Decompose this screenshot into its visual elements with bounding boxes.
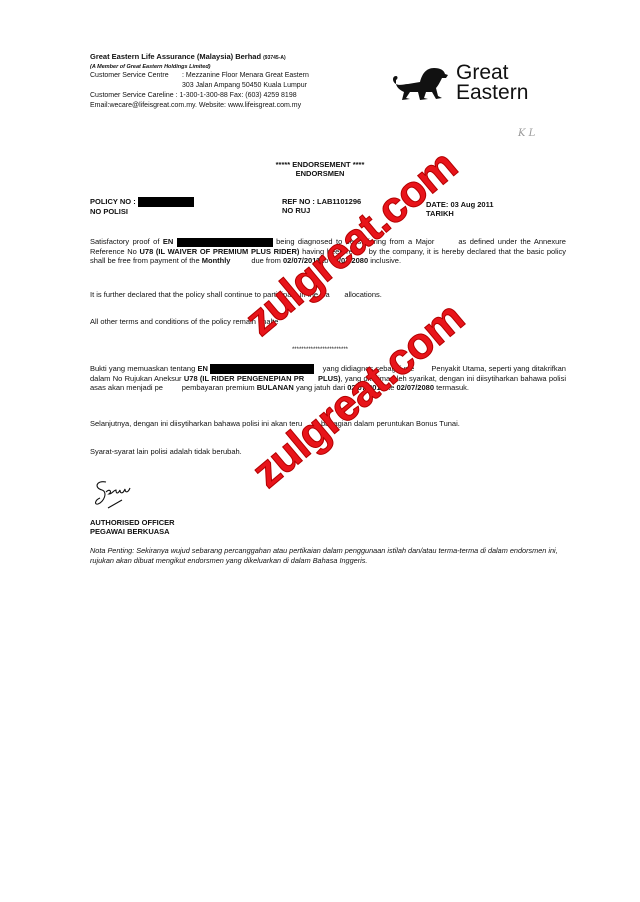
no-polisi-label: NO POLISI <box>90 207 194 216</box>
english-paragraph-1: Satisfactory proof of EN being diagnosed… <box>90 237 566 265</box>
document-title: ***** ENDORSEMENT **** ENDORSMEN <box>0 160 640 178</box>
ref-number-block: REF NO : LAB1101296 NO RUJ <box>282 197 361 215</box>
service-centre-label: Customer Service Centre <box>90 71 182 81</box>
careline: Customer Service Careline : 1-300-1-300-… <box>90 91 309 101</box>
malay-paragraph-2: Selanjutnya, dengan ini diisytiharkan ba… <box>90 419 566 428</box>
date-block: DATE: 03 Aug 2011 TARIKH <box>426 200 494 218</box>
malay-paragraph-1: Bukti yang memuaskan tentang EN yang did… <box>90 364 566 392</box>
company-header: Great Eastern Life Assurance (Malaysia) … <box>90 52 309 111</box>
no-ruj-label: NO RUJ <box>282 206 361 215</box>
tarikh-label: TARIKH <box>426 209 494 218</box>
handwritten-initials: K L <box>518 128 535 139</box>
authorised-officer: AUTHORISED OFFICER PEGAWAI BERKUASA <box>90 518 175 536</box>
english-paragraph-2: It is further declared that the policy s… <box>90 290 566 299</box>
member-of: (A Member of Great Eastern Holdings Limi… <box>90 63 309 71</box>
logo-text-great: Great <box>456 63 528 83</box>
insured-name-redacted <box>177 238 273 247</box>
english-paragraph-3: All other terms and conditions of the po… <box>90 317 566 326</box>
officer-signature <box>92 478 142 519</box>
contact-line: Email:wecare@lifeisgreat.com.my. Website… <box>90 101 309 111</box>
great-eastern-logo: GreatEastern <box>390 62 528 104</box>
officer-title-malay: PEGAWAI BERKUASA <box>90 527 175 536</box>
date: DATE: 03 Aug 2011 <box>426 200 494 209</box>
officer-title-english: AUTHORISED OFFICER <box>90 518 175 527</box>
service-centre-address-2: 303 Jalan Ampang 50450 Kuala Lumpur <box>182 81 307 91</box>
policy-number-block: POLICY NO : NO POLISI <box>90 197 194 216</box>
title-malay: ENDORSMEN <box>0 169 640 178</box>
logo-text-eastern: Eastern <box>456 83 528 103</box>
lion-icon <box>390 62 452 104</box>
company-name: Great Eastern Life Assurance (Malaysia) … <box>90 52 309 63</box>
policy-no-label: POLICY NO : <box>90 197 136 206</box>
endorsement-document: Great Eastern Life Assurance (Malaysia) … <box>0 0 640 902</box>
insured-name-redacted-malay <box>210 364 314 374</box>
ref-no: REF NO : LAB1101296 <box>282 197 361 206</box>
important-note: Nota Penting: Sekiranya wujud sebarang p… <box>90 546 570 565</box>
policy-number-redacted <box>138 197 194 207</box>
malay-paragraph-3: Syarat-syarat lain polisi adalah tidak b… <box>90 447 566 456</box>
service-centre-address: : Mezzanine Floor Menara Great Eastern <box>182 71 309 81</box>
separator: ************************ <box>0 347 640 353</box>
title-english: ***** ENDORSEMENT **** <box>0 160 640 169</box>
